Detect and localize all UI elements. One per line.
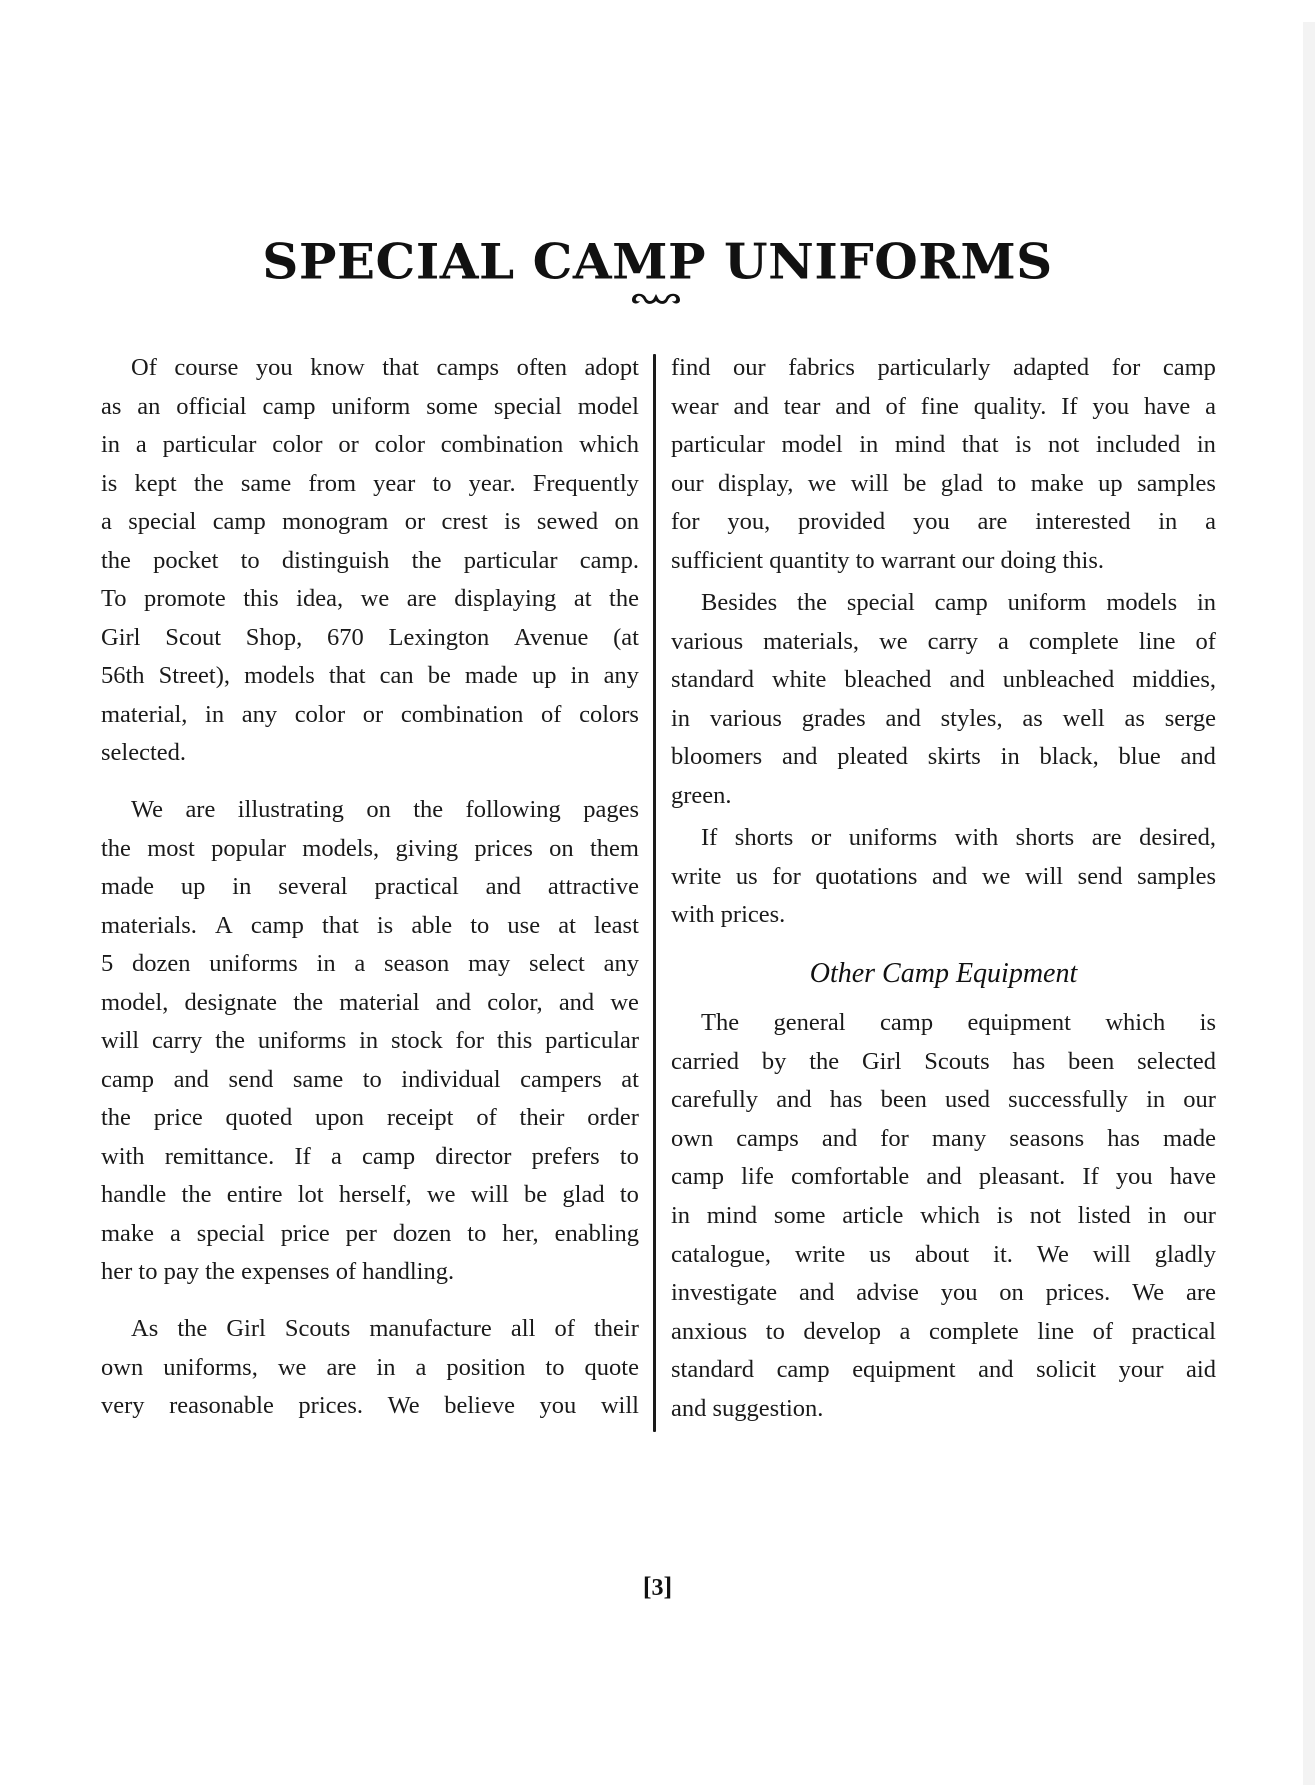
text-line: foryou,providedyouareinterestedina: [671, 508, 1216, 536]
text-line: inmindsomearticlewhichisnotlistedinour: [671, 1202, 1216, 1230]
text-line: green.: [671, 782, 1216, 810]
text-line: sufficient quantity to warrant our doing…: [671, 547, 1216, 575]
text-line: carriedbytheGirlScoutshasbeenselected: [671, 1048, 1216, 1076]
text-line: anxioustodevelopacompletelineofpractical: [671, 1318, 1216, 1346]
fleuron-ornament-icon: [628, 288, 684, 308]
text-line: campandsendsametoindividualcampersat: [101, 1066, 639, 1094]
text-line: thepricequoteduponreceiptoftheirorder: [101, 1104, 639, 1132]
page-number-close-bracket: ]: [664, 1572, 673, 1601]
text-line: selected.: [101, 739, 639, 767]
text-line: Ifshortsoruniformswithshortsaredesired,: [701, 824, 1216, 852]
text-line: investigateandadviseyouonprices.Weare: [671, 1279, 1216, 1307]
text-line: Besidesthespecialcampuniformmodelsin: [701, 589, 1216, 617]
text-line: and suggestion.: [671, 1395, 1216, 1423]
text-line: aspecialcampmonogramorcrestissewedon: [101, 508, 639, 536]
text-line: ourdisplay,wewillbegladtomakeupsamples: [671, 470, 1216, 498]
text-line: particularmodelinmindthatisnotincludedin: [671, 431, 1216, 459]
text-line: 5dozenuniformsinaseasonmayselectany: [101, 950, 639, 978]
section-heading: Other Camp Equipment: [671, 958, 1216, 990]
text-line: materials.Acampthatisabletouseatleast: [101, 912, 639, 940]
text-line: carefullyandhasbeenusedsuccessfullyinour: [671, 1086, 1216, 1114]
column-divider: [653, 354, 656, 1432]
text-line: catalogue,writeusaboutit.Wewillgladly: [671, 1241, 1216, 1269]
text-line: 56thStreet),modelsthatcanbemadeupinany: [101, 662, 639, 690]
text-line: madeupinseveralpracticalandattractive: [101, 873, 639, 901]
text-line: writeusforquotationsandwewillsendsamples: [671, 863, 1216, 891]
text-line: withremittance.Ifacampdirectorprefersto: [101, 1143, 639, 1171]
text-line: Topromotethisidea,wearedisplayingatthe: [101, 585, 639, 613]
text-line: thepockettodistinguishtheparticularcamp.: [101, 547, 639, 575]
text-line: wearandtearandoffinequality.Ifyouhavea: [671, 393, 1216, 421]
page-number-open-bracket: [: [643, 1572, 652, 1601]
text-line: inaparticularcolororcolorcombinationwhic…: [101, 431, 639, 459]
text-line: owncampsandformanyseasonshasmade: [671, 1125, 1216, 1153]
page-title: SPECIAL CAMP UNIFORMS: [0, 232, 1315, 290]
text-line: iskeptthesamefromyeartoyear.Frequently: [101, 470, 639, 498]
text-line: invariousgradesandstyles,aswellasserge: [671, 705, 1216, 733]
text-line: willcarrytheuniformsinstockforthispartic…: [101, 1027, 639, 1055]
text-line: with prices.: [671, 901, 1216, 929]
text-line: her to pay the expenses of handling.: [101, 1258, 639, 1286]
text-line: Weareillustratingonthefollowingpages: [131, 796, 639, 824]
text-line: Thegeneralcampequipmentwhichis: [701, 1009, 1216, 1037]
text-line: findourfabricsparticularlyadaptedforcamp: [671, 354, 1216, 382]
text-line: model,designatethematerialandcolor,andwe: [101, 989, 639, 1017]
text-line: camplifecomfortableandpleasant.Ifyouhave: [671, 1163, 1216, 1191]
text-line: asanofficialcampuniformsomespecialmodel: [101, 393, 639, 421]
text-line: makeaspecialpriceperdozentoher,enabling: [101, 1220, 639, 1248]
text-line: veryreasonableprices.Webelieveyouwill: [101, 1392, 639, 1420]
text-line: handletheentirelotherself,wewillbegladto: [101, 1181, 639, 1209]
text-line: themostpopularmodels,givingpricesonthem: [101, 835, 639, 863]
page-number: [3]: [0, 1572, 1315, 1602]
text-line: AstheGirlScoutsmanufacturealloftheir: [131, 1315, 639, 1343]
text-line: ownuniforms,weareinapositiontoquote: [101, 1354, 639, 1382]
text-line: GirlScoutShop,670LexingtonAvenue(at: [101, 624, 639, 652]
text-line: material,inanycolororcombinationofcolors: [101, 701, 639, 729]
text-line: standardwhitebleachedandunbleachedmiddie…: [671, 666, 1216, 694]
text-line: variousmaterials,wecarryacompletelineof: [671, 628, 1216, 656]
text-line: bloomersandpleatedskirtsinblack,blueand: [671, 743, 1216, 771]
text-line: standardcampequipmentandsolicityouraid: [671, 1356, 1216, 1384]
text-line: Ofcourseyouknowthatcampsoftenadopt: [131, 354, 639, 382]
page-number-value: 3: [652, 1575, 664, 1601]
